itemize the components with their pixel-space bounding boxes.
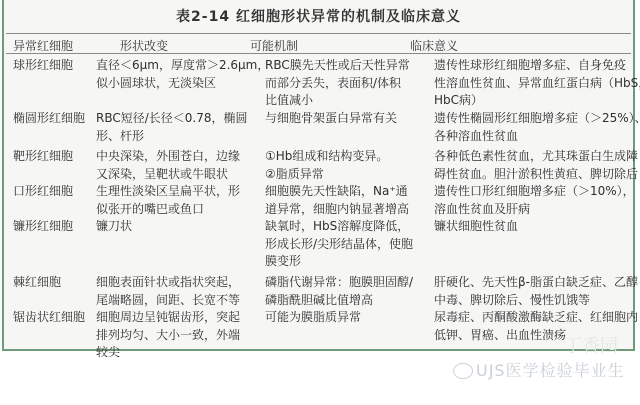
row-shape: 中央深染，外围苍白，边缘 又深染，呈靶状或牛眼状 (96, 148, 240, 183)
wechat-icon (453, 363, 473, 379)
text-line: 而部分丢失，表面积/体积 (265, 75, 410, 93)
row-mechanism: ①Hb组成和结构变异。 ②脂质异常 (265, 148, 388, 183)
row-name: 棘红细胞 (13, 274, 61, 292)
text-line: 形、杆形 (96, 128, 248, 146)
row-mechanism: 可能为膜脂质异常 (265, 309, 361, 327)
row-name: 靶形红细胞 (13, 148, 73, 166)
row-mechanism: RBC膜先天性或后天性异常 而部分丢失，表面积/体积 比值减小 (265, 57, 410, 110)
header-abnormal-rbc: 异常红细胞 (13, 37, 73, 54)
row-clinical: 遗传性椭圆形红细胞增多症（＞25%）、 各种溶血性贫血 (434, 110, 640, 145)
text-line: 细胞膜先天性缺陷，Na⁺通 (265, 183, 409, 201)
text-line: 似小圆球状，无淡染区 (96, 75, 269, 93)
text-line: 缺氧时，HbS溶解度降低， (265, 218, 413, 236)
text-line: 性溶血性贫血、异常血红蛋白病（HbS， (434, 75, 640, 93)
row-clinical: 遗传性口形红细胞增多症（＞10%）， 溶血性贫血及肝病 (434, 183, 635, 218)
row-clinical: 各种低色素性贫血，尤其珠蛋白生成障 碍性贫血。胆汁淤积性黄疸、脾切除后 (434, 148, 638, 183)
row-shape: RBC短径/长径＜0.78，椭圆 形、杆形 (96, 110, 248, 145)
row-shape: 镰刀状 (96, 218, 132, 236)
text-line: 细胞周边呈钝锯齿形，突起 (96, 309, 240, 327)
row-shape: 细胞表面针状或指状突起， 尾端略圆，间距、长宽不等 (96, 274, 240, 309)
text-line: 遗传性球形红细胞增多症、自身免疫 (434, 57, 640, 75)
text-line: RBC膜先天性或后天性异常 (265, 57, 410, 75)
text-line: 生理性淡染区呈扁平状，形 (96, 183, 240, 201)
text-line: 中央深染，外围苍白，边缘 (96, 148, 240, 166)
row-shape: 直径＜6μm，厚度常＞2.6μm， 似小圆球状，无淡染区 (96, 57, 269, 92)
text-line: 肝硬化、先天性β-脂蛋白缺乏症、乙醇 (434, 274, 638, 292)
text-line: 排列均匀、大小一致，外端 (96, 327, 240, 345)
header-shape-change: 形状改变 (120, 37, 168, 54)
text-line: HbC病） (434, 92, 640, 110)
text-line: 细胞表面针状或指状突起， (96, 274, 240, 292)
text-line: 各种溶血性贫血 (434, 128, 640, 146)
text-line: 比值减小 (265, 92, 410, 110)
header-mechanism: 可能机制 (250, 37, 298, 54)
watermark-logo: 丁香园 (564, 332, 618, 358)
text-line: 似张开的嘴巴或鱼口 (96, 201, 240, 219)
table-frame: 表2-14 红细胞形状异常的机制及临床意义 异常红细胞 形状改变 可能机制 临床… (2, 0, 635, 351)
text-line: 直径＜6μm，厚度常＞2.6μm， (96, 57, 269, 75)
row-mechanism: 缺氧时，HbS溶解度降低， 形成长形/尖形结晶体，使胞 膜变形 (265, 218, 413, 271)
text-line: 与细胞骨架蛋白异常有关 (265, 110, 397, 128)
row-name: 镰形红细胞 (13, 218, 73, 236)
text-line: 形成长形/尖形结晶体，使胞 (265, 236, 413, 254)
row-name: 球形红细胞 (13, 57, 73, 75)
text-line: 各种低色素性贫血，尤其珠蛋白生成障 (434, 148, 638, 166)
row-mechanism: 细胞膜先天性缺陷，Na⁺通 道异常，细胞内钠显著增高 (265, 183, 409, 218)
text-line: 尿毒症、丙酮酸激酶缺乏症、红细胞内 (434, 309, 638, 327)
text-line: 可能为膜脂质异常 (265, 309, 361, 327)
text-line: 道异常，细胞内钠显著增高 (265, 201, 409, 219)
table-title: 表2-14 红细胞形状异常的机制及临床意义 (4, 6, 633, 26)
row-name: 口形红细胞 (13, 183, 73, 201)
watermark-text: UJS医学检验毕业生 (476, 358, 625, 381)
text-line: 碍性贫血。胆汁淤积性黄疸、脾切除后 (434, 166, 638, 184)
text-line: ②脂质异常 (265, 166, 388, 184)
text-line: ①Hb组成和结构变异。 (265, 148, 388, 166)
text-line: 膜变形 (265, 253, 413, 271)
text-line: 尾端略圆，间距、长宽不等 (96, 292, 240, 310)
header-rule (6, 53, 631, 54)
text-line: 溶血性贫血及肝病 (434, 201, 635, 219)
text-line: 较尖 (96, 344, 240, 362)
text-line: 镰状细胞性贫血 (434, 218, 518, 236)
text-line: 遗传性口形红细胞增多症（＞10%）， (434, 183, 635, 201)
text-line: RBC短径/长径＜0.78，椭圆 (96, 110, 248, 128)
text-line: 磷脂酰胆碱比值增高 (265, 292, 413, 310)
row-clinical: 镰状细胞性贫血 (434, 218, 518, 236)
row-name: 锯齿状红细胞 (13, 309, 85, 327)
text-line: 又深染，呈靶状或牛眼状 (96, 166, 240, 184)
text-line: 遗传性椭圆形红细胞增多症（＞25%）、 (434, 110, 640, 128)
header-clinical-significance: 临床意义 (410, 37, 458, 54)
text-line: 镰刀状 (96, 218, 132, 236)
text-line: 磷脂代谢异常：胞膜胆固醇/ (265, 274, 413, 292)
row-clinical: 肝硬化、先天性β-脂蛋白缺乏症、乙醇 中毒、脾切除后、慢性饥饿等 (434, 274, 638, 309)
row-shape: 生理性淡染区呈扁平状，形 似张开的嘴巴或鱼口 (96, 183, 240, 218)
row-shape: 细胞周边呈钝锯齿形，突起 排列均匀、大小一致，外端 较尖 (96, 309, 240, 362)
row-name: 椭圆形红细胞 (13, 110, 85, 128)
text-line: 中毒、脾切除后、慢性饥饿等 (434, 292, 638, 310)
row-clinical: 遗传性球形红细胞增多症、自身免疫 性溶血性贫血、异常血红蛋白病（HbS， HbC… (434, 57, 640, 110)
top-rule (6, 33, 631, 34)
row-mechanism: 与细胞骨架蛋白异常有关 (265, 110, 397, 128)
row-mechanism: 磷脂代谢异常：胞膜胆固醇/ 磷脂酰胆碱比值增高 (265, 274, 413, 309)
